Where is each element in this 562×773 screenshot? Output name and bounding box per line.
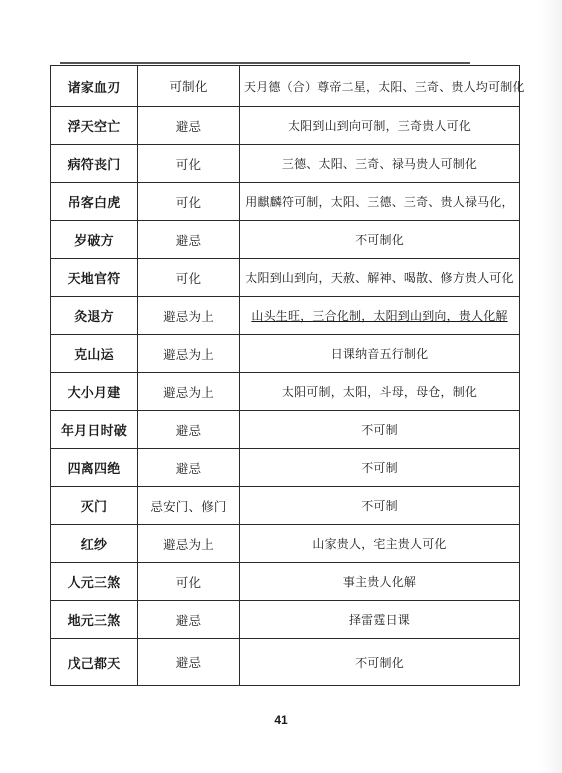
table-row: 吊客白虎 可化 用麒麟符可制，太阳、三德、三奇、贵人禄马化， <box>51 183 520 221</box>
sha-name-cell: 克山运 <box>51 335 138 373</box>
treatment-cell: 避忌为上 <box>138 335 240 373</box>
table-row: 戊己都天 避忌 不可制化 <box>51 639 520 686</box>
remedy-cell: 不可制化 <box>240 639 520 686</box>
table-row: 浮天空亡 避忌 太阳到山到向可制，三奇贵人可化 <box>51 107 520 145</box>
sha-name-cell: 大小月建 <box>51 373 138 411</box>
treatment-cell: 可制化 <box>138 66 240 107</box>
remedy-cell: 不可制 <box>240 411 520 449</box>
remedy-cell: 日课纳音五行制化 <box>240 335 520 373</box>
treatment-cell: 可化 <box>138 259 240 297</box>
table-row: 克山运 避忌为上 日课纳音五行制化 <box>51 335 520 373</box>
treatment-cell: 忌安门、修门 <box>138 487 240 525</box>
treatment-cell: 避忌 <box>138 411 240 449</box>
table-row: 诸家血刃 可制化 天月德（合）尊帝二星，太阳、三奇、贵人均可制化 <box>51 66 520 107</box>
table-row: 红纱 避忌为上 山家贵人，宅主贵人可化 <box>51 525 520 563</box>
remedy-cell: 用麒麟符可制，太阳、三德、三奇、贵人禄马化， <box>240 183 520 221</box>
remedy-cell: 山家贵人，宅主贵人可化 <box>240 525 520 563</box>
remedy-cell: 不可制化 <box>240 221 520 259</box>
remedy-cell: 天月德（合）尊帝二星，太阳、三奇、贵人均可制化 <box>240 66 520 107</box>
remedy-cell: 太阳到山到向，天赦、解神、喝散、修方贵人可化 <box>240 259 520 297</box>
remedy-cell: 不可制 <box>240 449 520 487</box>
remedy-cell: 不可制 <box>240 487 520 525</box>
remedy-cell: 事主贵人化解 <box>240 563 520 601</box>
remedy-cell: 太阳到山到向可制，三奇贵人可化 <box>240 107 520 145</box>
page-edge-shadow <box>540 0 562 773</box>
sha-name-cell: 人元三煞 <box>51 563 138 601</box>
page-number: 41 <box>0 713 562 727</box>
table-row: 病符丧门 可化 三德、太阳、三奇、禄马贵人可制化 <box>51 145 520 183</box>
top-rule <box>60 62 470 64</box>
sha-name-cell: 地元三煞 <box>51 601 138 639</box>
treatment-cell: 避忌 <box>138 639 240 686</box>
table-row: 人元三煞 可化 事主贵人化解 <box>51 563 520 601</box>
treatment-cell: 避忌 <box>138 449 240 487</box>
sha-name-cell: 浮天空亡 <box>51 107 138 145</box>
remedy-cell: 择雷霆日课 <box>240 601 520 639</box>
treatment-cell: 可化 <box>138 183 240 221</box>
treatment-cell: 可化 <box>138 145 240 183</box>
sha-name-cell: 天地官符 <box>51 259 138 297</box>
table-row: 年月日时破 避忌 不可制 <box>51 411 520 449</box>
sha-name-cell: 灸退方 <box>51 297 138 335</box>
table-row: 天地官符 可化 太阳到山到向，天赦、解神、喝散、修方贵人可化 <box>51 259 520 297</box>
treatment-cell: 避忌为上 <box>138 373 240 411</box>
sha-name-cell: 红纱 <box>51 525 138 563</box>
remedy-text-underlined: 山头生旺，三合化制，太阳到山到向，贵人化解 <box>251 309 507 323</box>
sha-name-cell: 吊客白虎 <box>51 183 138 221</box>
table-row: 岁破方 避忌 不可制化 <box>51 221 520 259</box>
table-row: 四离四绝 避忌 不可制 <box>51 449 520 487</box>
remedy-cell: 三德、太阳、三奇、禄马贵人可制化 <box>240 145 520 183</box>
table-row: 地元三煞 避忌 择雷霆日课 <box>51 601 520 639</box>
sha-name-cell: 诸家血刃 <box>51 66 138 107</box>
treatment-cell: 避忌为上 <box>138 525 240 563</box>
remedy-table: 诸家血刃 可制化 天月德（合）尊帝二星，太阳、三奇、贵人均可制化 浮天空亡 避忌… <box>50 65 520 686</box>
table-row: 灸退方 避忌为上 山头生旺，三合化制，太阳到山到向，贵人化解 <box>51 297 520 335</box>
sha-name-cell: 戊己都天 <box>51 639 138 686</box>
treatment-cell: 避忌 <box>138 107 240 145</box>
treatment-cell: 避忌 <box>138 221 240 259</box>
sha-name-cell: 四离四绝 <box>51 449 138 487</box>
table-row: 大小月建 避忌为上 太阳可制，太阳，斗母，母仓，制化 <box>51 373 520 411</box>
remedy-cell: 山头生旺，三合化制，太阳到山到向，贵人化解 <box>240 297 520 335</box>
sha-name-cell: 年月日时破 <box>51 411 138 449</box>
treatment-cell: 可化 <box>138 563 240 601</box>
treatment-cell: 避忌为上 <box>138 297 240 335</box>
sha-name-cell: 病符丧门 <box>51 145 138 183</box>
treatment-cell: 避忌 <box>138 601 240 639</box>
remedy-cell: 太阳可制，太阳，斗母，母仓，制化 <box>240 373 520 411</box>
table-row: 灭门 忌安门、修门 不可制 <box>51 487 520 525</box>
sha-name-cell: 灭门 <box>51 487 138 525</box>
sha-name-cell: 岁破方 <box>51 221 138 259</box>
